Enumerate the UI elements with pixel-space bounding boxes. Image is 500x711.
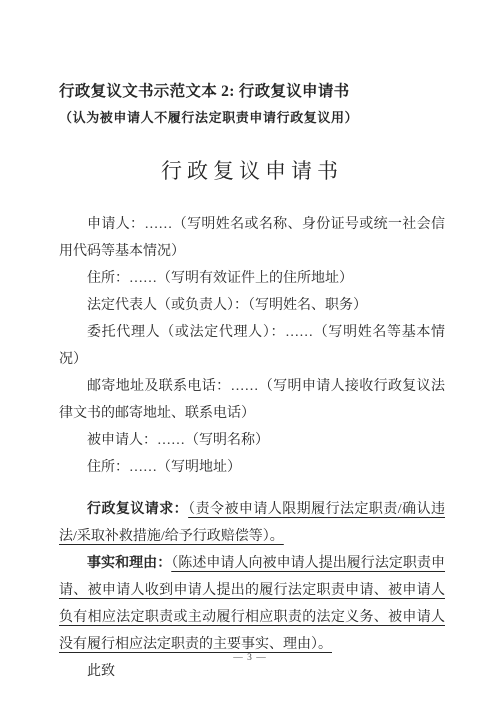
field-applicant: 申请人：……（写明姓名或名称、身份证号或统一社会信用代码等基本情况）	[59, 211, 445, 265]
document-page: 行政复议文书示范文本 2: 行政复议申请书 （认为被申请人不履行法定职责申请行政…	[0, 0, 500, 711]
reconsideration-request-label: 行政复议请求：	[87, 502, 188, 517]
field-applicant-address: 住所：……（写明有效证件上的住所地址）	[59, 265, 445, 292]
document-body: 申请人：……（写明姓名或名称、身份证号或统一社会信用代码等基本情况） 住所：………	[59, 211, 445, 685]
document-main-heading: 行政复议申请书	[59, 159, 445, 184]
page-number: — 3 —	[0, 653, 500, 663]
field-mailing-address-phone: 邮寄地址及联系电话：……（写明申请人接收行政复议法律文书的邮寄地址、联系电话）	[59, 373, 445, 427]
section-facts-and-reasons: 事实和理由：（陈述申请人向被申请人提出履行法定职责申请、被申请人收到申请人提出的…	[59, 550, 445, 658]
document-header-title: 行政复议文书示范文本 2: 行政复议申请书	[59, 82, 445, 101]
facts-and-reasons-label: 事实和理由：	[87, 556, 171, 571]
document-header-subtitle: （认为被申请人不履行法定职责申请行政复议用）	[59, 110, 445, 126]
field-respondent-address: 住所：……（写明地址）	[59, 454, 445, 481]
section-reconsideration-request: 行政复议请求：（责令被申请人限期履行法定职责/确认违法/采取补救措施/给予行政赔…	[59, 496, 445, 550]
field-entrusted-agent: 委托代理人（或法定代理人）：……（写明姓名等基本情况）	[59, 319, 445, 373]
field-legal-representative: 法定代表人（或负责人）：（写明姓名、职务）	[59, 292, 445, 319]
field-respondent: 被申请人：……（写明名称）	[59, 427, 445, 454]
